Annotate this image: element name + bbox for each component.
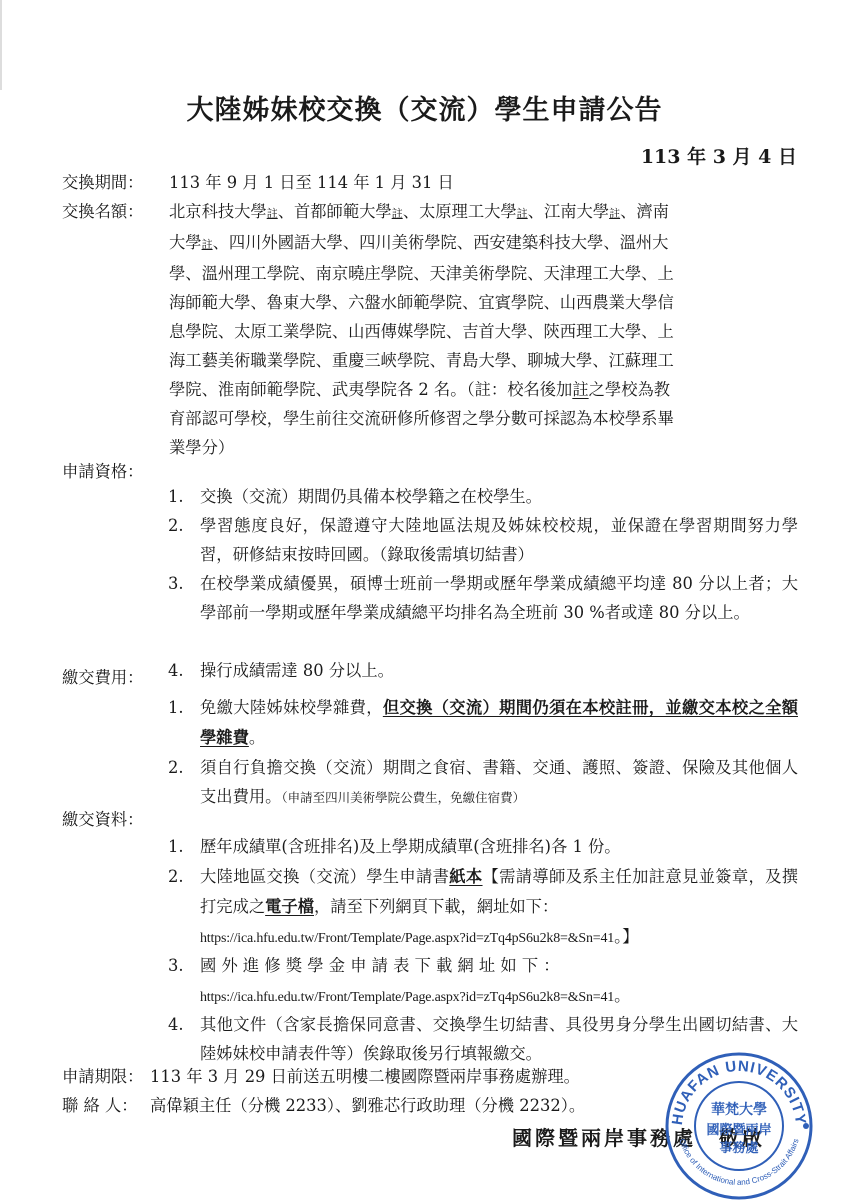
exchange-quota-label: 交換名額： <box>62 197 143 226</box>
scholarship-form-link[interactable]: https://ica.hfu.edu.tw/Front/Template/Pa… <box>200 990 614 1005</box>
fees-heading: 繳交費用： <box>62 664 143 688</box>
university-seal-icon: HUAFAN UNIVERSITY Office of Internationa… <box>660 1048 818 1200</box>
eligibility-heading: 申請資格： <box>62 458 143 482</box>
exchange-quota-schools: 北京科技大學註、首都師範大學註、太原理工大學註、江南大學註、濟南 大學註、四川外… <box>169 197 799 462</box>
application-form-link[interactable]: https://ica.hfu.edu.tw/Front/Template/Pa… <box>200 931 614 946</box>
svg-text:國際暨兩岸: 國際暨兩岸 <box>706 1122 771 1138</box>
svg-text:事務處: 事務處 <box>719 1140 758 1156</box>
materials-heading: 繳交資料： <box>62 806 143 830</box>
scan-edge <box>0 0 2 90</box>
exchange-period-label: 交換期間： <box>62 168 143 197</box>
announcement-date: 113 年 3 月 4 日 <box>641 142 797 169</box>
exchange-period-value: 113 年 9 月 1 日至 114 年 1 月 31 日 <box>169 168 799 197</box>
page-title: 大陸姊妹校交換（交流）學生申請公告 <box>0 88 849 127</box>
svg-text:華梵大學: 華梵大學 <box>711 1101 767 1118</box>
